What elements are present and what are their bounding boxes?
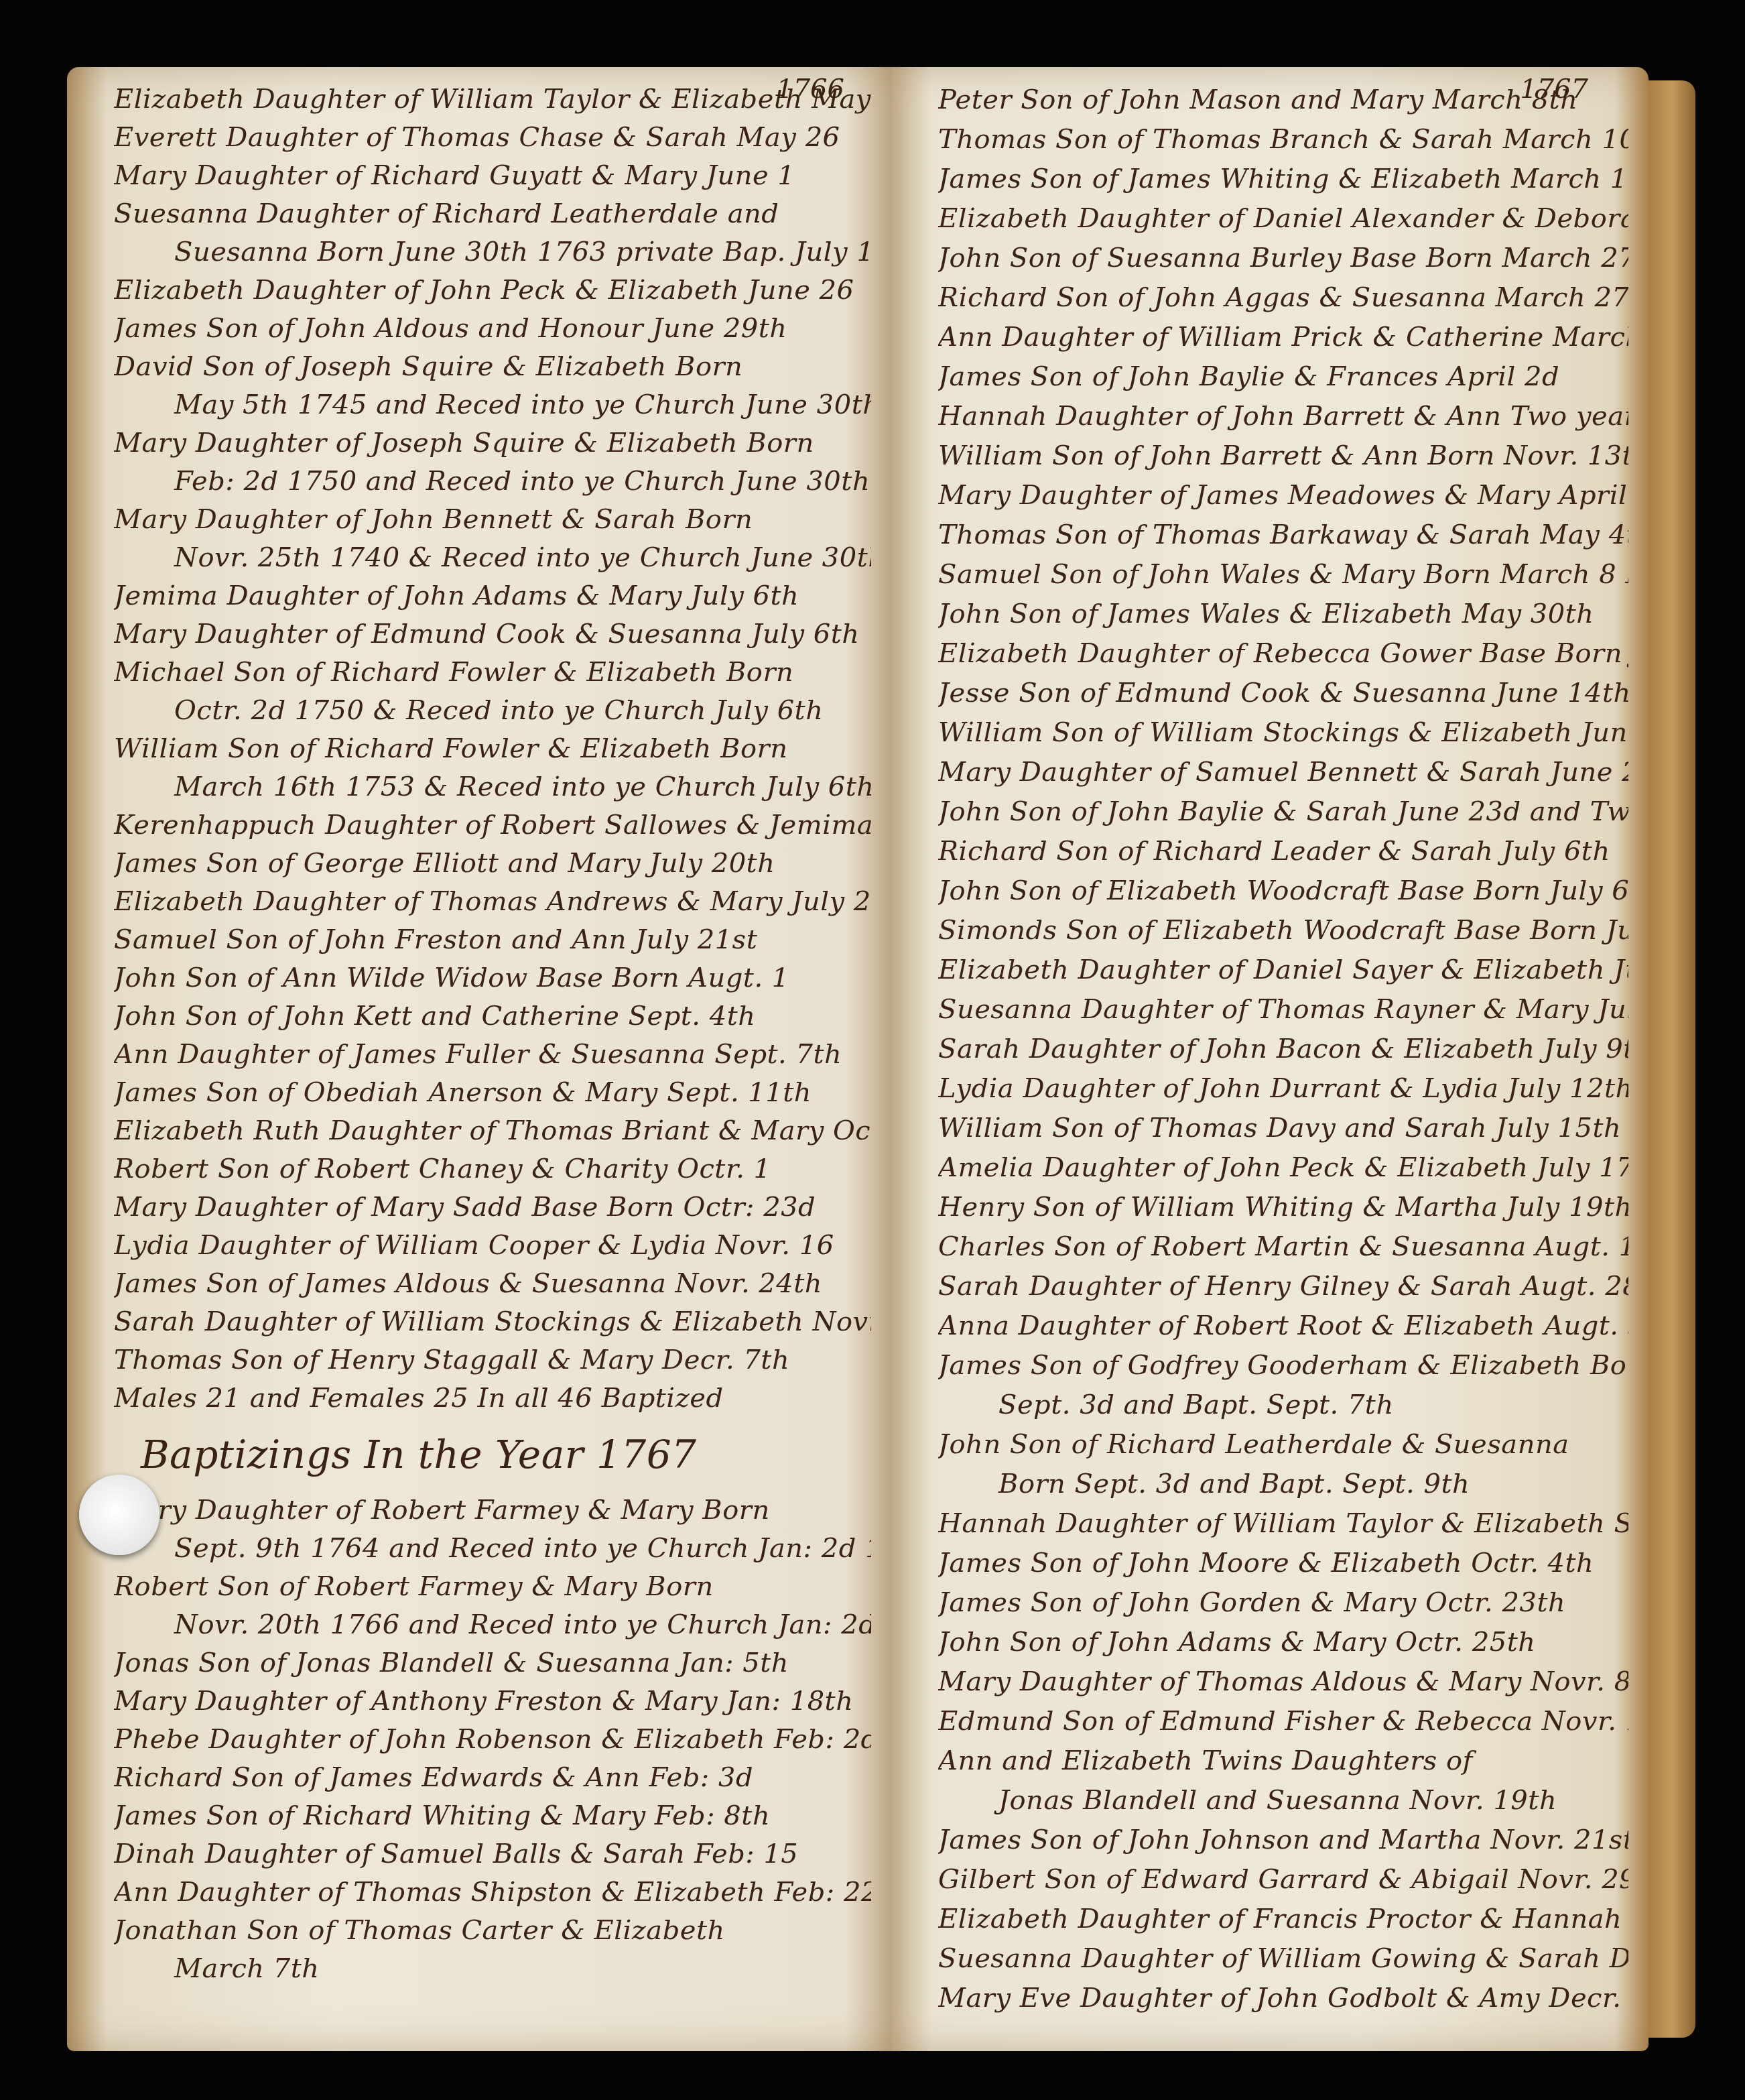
baptism-entry: Thomas Son of Thomas Barkaway & Sarah Ma… <box>938 515 1628 555</box>
baptism-entry: Anna Daughter of Robert Root & Elizabeth… <box>938 1306 1628 1346</box>
baptism-entry: Suesanna Daughter of William Gowing & Sa… <box>938 1939 1628 1979</box>
baptism-entry: John Son of Elizabeth Woodcraft Base Bor… <box>938 871 1628 911</box>
baptism-entry: Elizabeth Daughter of William Taylor & E… <box>114 80 871 119</box>
baptism-entry: James Son of John Gorden & Mary Octr. 23… <box>938 1583 1628 1623</box>
baptism-entry: Elizabeth Ruth Daughter of Thomas Briant… <box>114 1112 871 1150</box>
baptism-entry: Everett Daughter of Thomas Chase & Sarah… <box>114 119 871 157</box>
baptism-entry: Mary Daughter of Mary Sadd Base Born Oct… <box>114 1188 871 1227</box>
open-register-book: 1766 Elizabeth Daughter of William Taylo… <box>40 40 1702 2078</box>
baptism-entry: Mary Daughter of Thomas Aldous & Mary No… <box>938 1662 1628 1702</box>
baptism-entry: Mary Daughter of John Bennett & Sarah Bo… <box>114 501 871 539</box>
baptism-entry: James Son of George Elliott and Mary Jul… <box>114 845 871 883</box>
baptism-entry: James Son of John Aldous and Honour June… <box>114 310 871 348</box>
baptism-entry: Elizabeth Daughter of John Peck & Elizab… <box>114 271 871 310</box>
baptism-entry: March 16th 1753 & Reced into ye Church J… <box>114 768 871 806</box>
baptism-entry: William Son of William Stockings & Eliza… <box>938 713 1628 753</box>
baptism-entry: Mary Daughter of Joseph Squire & Elizabe… <box>114 424 871 462</box>
baptism-entry: Elizabeth Daughter of Daniel Sayer & Eli… <box>938 950 1628 990</box>
baptism-entry: Elizabeth Daughter of Daniel Alexander &… <box>938 199 1628 239</box>
baptism-entry: John Son of James Wales & Elizabeth May … <box>938 595 1628 634</box>
baptism-entry: Mary Daughter of James Meadowes & Mary A… <box>938 476 1628 515</box>
baptism-entry: Michael Son of Richard Fowler & Elizabet… <box>114 654 871 692</box>
baptism-entry: Thomas Son of Henry Staggall & Mary Decr… <box>114 1341 871 1379</box>
baptism-entry: John Son of Richard Leatherdale & Suesan… <box>938 1425 1628 1465</box>
baptism-entry: Suesanna Daughter of Richard Leatherdale… <box>114 195 871 233</box>
baptism-entry: Ann Daughter of William Prick & Catherin… <box>938 318 1628 357</box>
baptism-entry: Novr. 25th 1740 & Reced into ye Church J… <box>114 539 871 577</box>
baptism-entry: Jonas Blandell and Suesanna Novr. 19th <box>938 1781 1628 1820</box>
baptism-entry: Jonathan Son of Thomas Carter & Elizabet… <box>114 1912 871 1950</box>
baptism-entry: Jemima Daughter of John Adams & Mary Jul… <box>114 577 871 615</box>
baptism-entry: Samuel Son of John Wales & Mary Born Mar… <box>938 555 1628 595</box>
baptism-entry: James Son of James Aldous & Suesanna Nov… <box>114 1265 871 1303</box>
baptism-entry: Robert Son of Robert Chaney & Charity Oc… <box>114 1150 871 1188</box>
baptism-entry: Mary Daughter of Samuel Bennett & Sarah … <box>938 753 1628 792</box>
baptism-entry: William Son of John Barrett & Ann Born N… <box>938 436 1628 476</box>
baptism-entry: Elizabeth Daughter of Thomas Andrews & M… <box>114 883 871 921</box>
baptism-entry: Sept. 9th 1764 and Reced into ye Church … <box>114 1530 871 1568</box>
baptism-entry: John Son of John Baylie & Sarah June 23d… <box>938 792 1628 832</box>
baptism-entry: John Son of John Adams & Mary Octr. 25th <box>938 1623 1628 1662</box>
left-page: 1766 Elizabeth Daughter of William Taylo… <box>67 67 891 2051</box>
baptism-entry: James Son of John Baylie & Frances April… <box>938 357 1628 397</box>
baptism-entry: Sarah Daughter of Henry Gilney & Sarah A… <box>938 1267 1628 1306</box>
baptism-entry: James Son of John Johnson and Martha Nov… <box>938 1820 1628 1860</box>
baptism-entry: Mary Daughter of Richard Guyatt & Mary J… <box>114 157 871 195</box>
baptism-entry: William Son of Thomas Davy and Sarah Jul… <box>938 1109 1628 1148</box>
book-edge <box>1649 80 1695 2038</box>
baptism-entry: Robert Son of Robert Farmey & Mary Born <box>114 1568 871 1606</box>
section-heading: Baptizings In the Year 1767 <box>114 1418 871 1491</box>
baptism-entry: Novr. 20th 1766 and Reced into ye Church… <box>114 1606 871 1644</box>
baptism-entry: Simonds Son of Elizabeth Woodcraft Base … <box>938 911 1628 950</box>
baptism-entry: Richard Son of John Aggas & Suesanna Mar… <box>938 278 1628 318</box>
baptism-entry: Born Sept. 3d and Bapt. Sept. 9th <box>938 1465 1628 1504</box>
baptism-entry: James Son of James Whiting & Elizabeth M… <box>938 160 1628 199</box>
baptism-entry: Lydia Daughter of William Cooper & Lydia… <box>114 1227 871 1265</box>
baptism-entry: Kerenhappuch Daughter of Robert Sallowes… <box>114 806 871 845</box>
baptism-entry: Males 21 and Females 25 In all 46 Baptiz… <box>114 1379 871 1418</box>
baptism-entry: Elizabeth Daughter of Rebecca Gower Base… <box>938 634 1628 674</box>
baptism-entry: David Son of Joseph Squire & Elizabeth B… <box>114 348 871 386</box>
baptism-entry: James Son of Godfrey Gooderham & Elizabe… <box>938 1346 1628 1385</box>
baptism-entry: Hannah Daughter of John Barrett & Ann Tw… <box>938 397 1628 436</box>
baptism-entry: Suesanna Daughter of Thomas Rayner & Mar… <box>938 990 1628 1030</box>
baptism-entry: James Son of Obediah Anerson & Mary Sept… <box>114 1074 871 1112</box>
baptism-entry: Mary Daughter of Anthony Freston & Mary … <box>114 1682 871 1721</box>
baptism-entry: Phebe Daughter of John Robenson & Elizab… <box>114 1721 871 1759</box>
baptism-entry: Dinah Daughter of Samuel Balls & Sarah F… <box>114 1835 871 1873</box>
baptism-entry: Sept. 3d and Bapt. Sept. 7th <box>938 1385 1628 1425</box>
baptism-entry: Jesse Son of Edmund Cook & Suesanna June… <box>938 674 1628 713</box>
baptism-entry: Sarah Daughter of John Bacon & Elizabeth… <box>938 1030 1628 1069</box>
baptism-entry: May 5th 1745 and Reced into ye Church Ju… <box>114 386 871 424</box>
baptism-entry: William Son of Richard Fowler & Elizabet… <box>114 730 871 768</box>
baptism-entry: Lydia Daughter of John Durrant & Lydia J… <box>938 1069 1628 1109</box>
right-page: 1767 Peter Son of John Mason and Mary Ma… <box>891 67 1649 2051</box>
baptism-entry: Ann Daughter of Thomas Shipston & Elizab… <box>114 1873 871 1912</box>
baptism-entry: Charles Son of Robert Martin & Suesanna … <box>938 1227 1628 1267</box>
baptism-entry: James Son of Richard Whiting & Mary Feb:… <box>114 1797 871 1835</box>
baptism-entry: Richard Son of Richard Leader & Sarah Ju… <box>938 832 1628 871</box>
archive-clip <box>79 1475 159 1555</box>
baptism-entry: Amelia Daughter of John Peck & Elizabeth… <box>938 1148 1628 1188</box>
baptism-entry: Sarah Daughter of William Stockings & El… <box>114 1303 871 1341</box>
baptism-entry: Gilbert Son of Edward Garrard & Abigail … <box>938 1860 1628 1900</box>
baptism-entry: John Son of John Kett and Catherine Sept… <box>114 997 871 1036</box>
baptism-entry: James Son of John Moore & Elizabeth Octr… <box>938 1544 1628 1583</box>
baptism-entry: Peter Son of John Mason and Mary March 8… <box>938 80 1628 120</box>
baptism-entry: Samuel Son of John Freston and Ann July … <box>114 921 871 959</box>
baptism-entry: Suesanna Born June 30th 1763 private Bap… <box>114 233 871 271</box>
left-page-entries: Elizabeth Daughter of William Taylor & E… <box>114 80 871 1988</box>
baptism-entry: Ann and Elizabeth Twins Daughters of <box>938 1741 1628 1781</box>
baptism-entry: Feb: 2d 1750 and Reced into ye Church Ju… <box>114 462 871 501</box>
baptism-entry: Elizabeth Daughter of Francis Proctor & … <box>938 1900 1628 1939</box>
baptism-entry: Jonas Son of Jonas Blandell & Suesanna J… <box>114 1644 871 1682</box>
baptism-entry: March 7th <box>114 1950 871 1988</box>
baptism-entry: Hannah Daughter of William Taylor & Eliz… <box>938 1504 1628 1544</box>
baptism-entry: Mary Daughter of Robert Farmey & Mary Bo… <box>114 1491 871 1530</box>
baptism-entry: Ann Daughter of James Fuller & Suesanna … <box>114 1036 871 1074</box>
baptism-entry: Edmund Son of Edmund Fisher & Rebecca No… <box>938 1702 1628 1741</box>
baptism-entry: Henry Son of William Whiting & Martha Ju… <box>938 1188 1628 1227</box>
baptism-entry: Mary Daughter of Edmund Cook & Suesanna … <box>114 615 871 654</box>
baptism-entry: Richard Son of James Edwards & Ann Feb: … <box>114 1759 871 1797</box>
baptism-entry: Octr. 2d 1750 & Reced into ye Church Jul… <box>114 692 871 730</box>
baptism-entry: Mary Eve Daughter of John Godbolt & Amy … <box>938 1979 1628 2018</box>
baptism-entry: Thomas Son of Thomas Branch & Sarah Marc… <box>938 120 1628 160</box>
right-page-entries: Peter Son of John Mason and Mary March 8… <box>938 80 1628 2018</box>
baptism-entry: John Son of Suesanna Burley Base Born Ma… <box>938 239 1628 278</box>
baptism-entry: John Son of Ann Wilde Widow Base Born Au… <box>114 959 871 997</box>
